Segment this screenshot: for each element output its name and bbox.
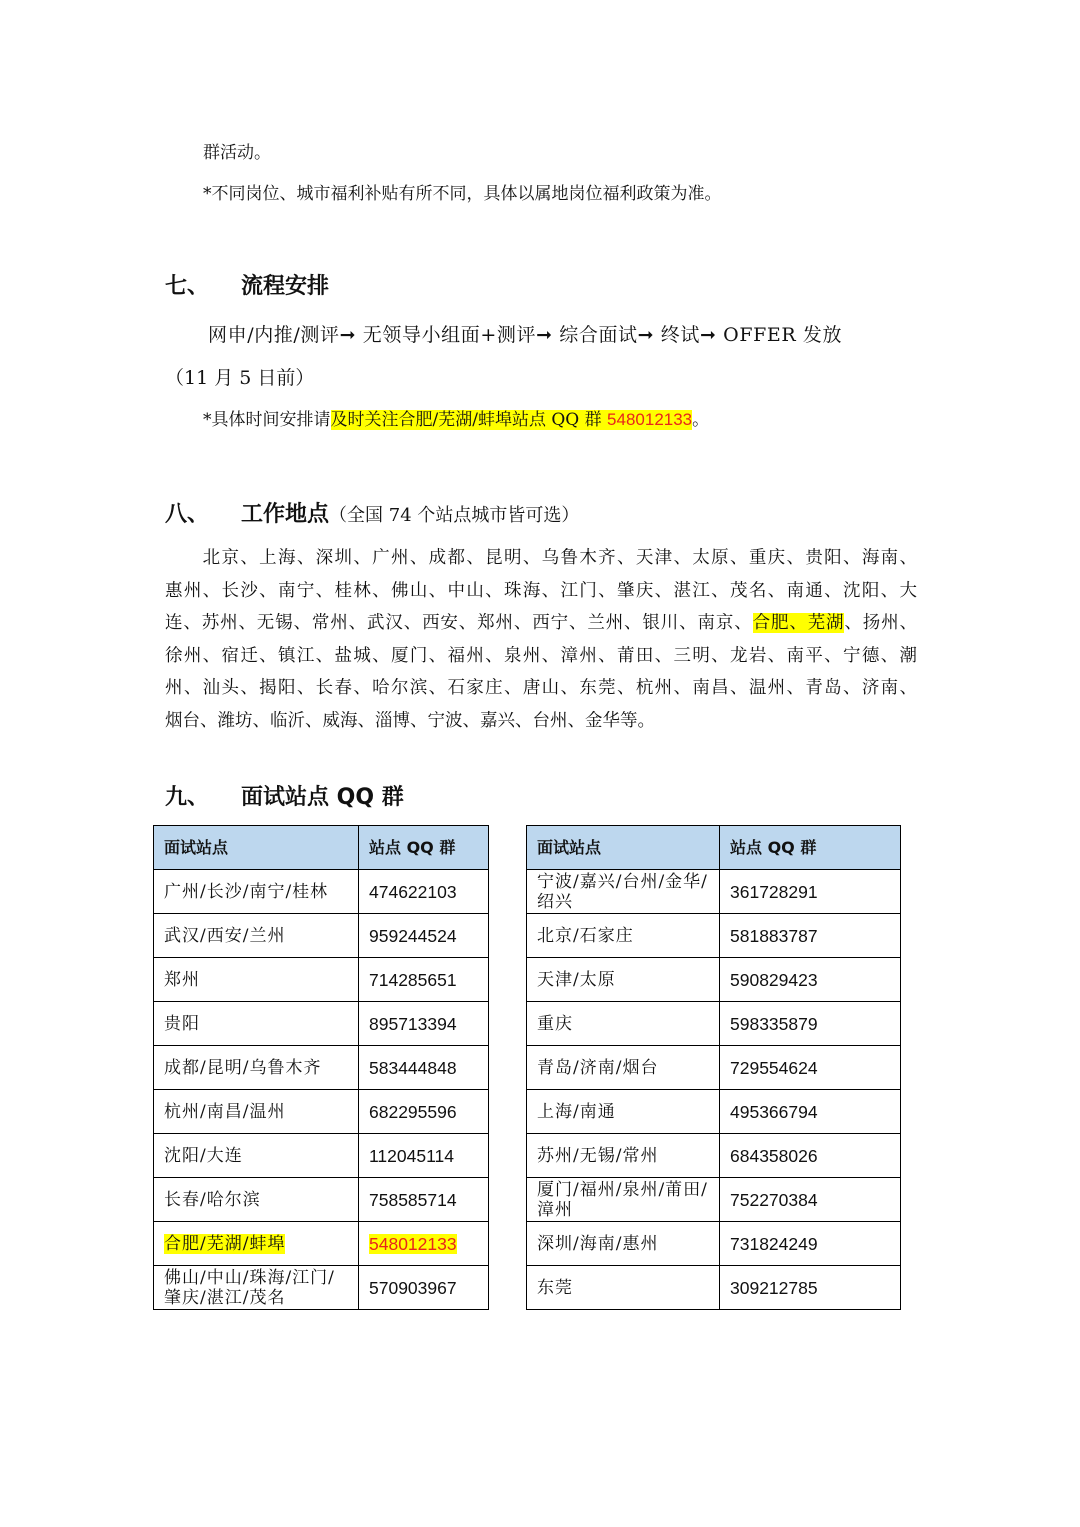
city-line-post: 、扬州、 xyxy=(844,613,917,633)
qq-number: 758585714 xyxy=(369,1190,457,1210)
table-header-row: 面试站点 站点 QQ 群 xyxy=(154,826,489,870)
qq-cell: 682295596 xyxy=(359,1090,489,1134)
qq-number: 581883787 xyxy=(730,926,818,946)
city-line: 州、汕头、揭阳、长春、哈尔滨、石家庄、唐山、东莞、杭州、南昌、温州、青岛、济南、 xyxy=(165,672,917,705)
qq-number: 590829423 xyxy=(730,970,818,990)
process-note: *具体时间安排请及时关注合肥/芜湖/蚌埠站点 QQ 群 548012133。 xyxy=(203,408,709,432)
site-cell: 佛山/中山/珠海/江门/肇庆/湛江/茂名 xyxy=(154,1266,359,1310)
table-row: 广州/长沙/南宁/桂林474622103 xyxy=(154,870,489,914)
section-heading-qq-groups: 九、面试站点 QQ 群 xyxy=(165,783,404,813)
site-cell: 苏州/无锡/常州 xyxy=(527,1134,720,1178)
site-name: 厦门/福州/泉州/莆田/漳州 xyxy=(537,1180,708,1220)
qq-number: 495366794 xyxy=(730,1102,818,1122)
site-name: 郑州 xyxy=(164,970,200,990)
site-name: 长春/哈尔滨 xyxy=(164,1190,261,1210)
section-title: 流程安排 xyxy=(241,274,329,299)
site-cell: 武汉/西安/兰州 xyxy=(154,914,359,958)
qq-number: 731824249 xyxy=(730,1234,818,1254)
site-name: 广州/长沙/南宁/桂林 xyxy=(164,882,328,902)
qq-cell: 309212785 xyxy=(720,1266,901,1310)
city-line: 徐州、宿迁、镇江、盐城、厦门、福州、泉州、漳州、莆田、三明、龙岩、南平、宁德、潮 xyxy=(165,640,917,673)
qq-cell: 495366794 xyxy=(720,1090,901,1134)
site-name: 东莞 xyxy=(537,1278,573,1298)
note-highlight-text: 及时关注合肥/芜湖/蚌埠站点 QQ 群 xyxy=(331,410,608,430)
section-subtitle: （全国 74 个站点城市皆可选） xyxy=(329,505,579,526)
header-site: 面试站点 xyxy=(527,826,720,870)
site-name: 青岛/济南/烟台 xyxy=(537,1058,658,1078)
site-name: 北京/石家庄 xyxy=(537,926,634,946)
site-cell: 天津/太原 xyxy=(527,958,720,1002)
qq-number: 684358026 xyxy=(730,1146,818,1166)
site-cell: 郑州 xyxy=(154,958,359,1002)
site-name: 深圳/海南/惠州 xyxy=(537,1234,658,1254)
table-row: 深圳/海南/惠州731824249 xyxy=(527,1222,901,1266)
table-row: 武汉/西安/兰州959244524 xyxy=(154,914,489,958)
site-cell: 沈阳/大连 xyxy=(154,1134,359,1178)
site-cell: 青岛/济南/烟台 xyxy=(527,1046,720,1090)
table-row: 天津/太原590829423 xyxy=(527,958,901,1002)
table-row: 北京/石家庄581883787 xyxy=(527,914,901,958)
qq-number: 752270384 xyxy=(730,1190,818,1210)
qq-number: 583444848 xyxy=(369,1058,457,1078)
qq-cell: 590829423 xyxy=(720,958,901,1002)
section-heading-locations: 八、工作地点（全国 74 个站点城市皆可选） xyxy=(165,500,579,531)
city-line: 北京、上海、深圳、广州、成都、昆明、乌鲁木齐、天津、太原、重庆、贵阳、海南、 xyxy=(165,542,917,575)
qq-number-highlight: 548012133 xyxy=(607,410,692,429)
qq-cell: 112045114 xyxy=(359,1134,489,1178)
qq-number: 714285651 xyxy=(369,970,457,990)
site-cell: 杭州/南昌/温州 xyxy=(154,1090,359,1134)
benefits-note: *不同岗位、城市福利补贴有所不同，具体以属地岗位福利政策为准。 xyxy=(203,182,722,206)
qq-number: 112045114 xyxy=(369,1146,454,1166)
site-cell: 上海/南通 xyxy=(527,1090,720,1134)
site-name: 武汉/西安/兰州 xyxy=(164,926,285,946)
table-row: 宁波/嘉兴/台州/金华/绍兴361728291 xyxy=(527,870,901,914)
section-number: 八、 xyxy=(165,500,241,530)
qq-cell: 570903967 xyxy=(359,1266,489,1310)
table-row: 东莞309212785 xyxy=(527,1266,901,1310)
section-title: 面试站点 QQ 群 xyxy=(241,785,404,810)
qq-cell: 959244524 xyxy=(359,914,489,958)
qq-cell: 731824249 xyxy=(720,1222,901,1266)
header-qq: 站点 QQ 群 xyxy=(720,826,901,870)
qq-cell: 714285651 xyxy=(359,958,489,1002)
qq-number: 895713394 xyxy=(369,1014,457,1034)
qq-number: 598335879 xyxy=(730,1014,818,1034)
table-row: 苏州/无锡/常州684358026 xyxy=(527,1134,901,1178)
site-name: 杭州/南昌/温州 xyxy=(164,1102,285,1122)
table-row: 厦门/福州/泉州/莆田/漳州752270384 xyxy=(527,1178,901,1222)
qq-number: 548012133 xyxy=(369,1234,457,1254)
note-highlight: 及时关注合肥/芜湖/蚌埠站点 QQ 群 548012133 xyxy=(331,410,693,430)
city-line: 连、苏州、无锡、常州、武汉、西安、郑州、西宁、兰州、银川、南京、合肥、芜湖、扬州… xyxy=(165,607,917,640)
site-cell: 东莞 xyxy=(527,1266,720,1310)
city-line: 惠州、长沙、南宁、桂林、佛山、中山、珠海、江门、肇庆、湛江、茂名、南通、沈阳、大 xyxy=(165,575,917,608)
site-name: 贵阳 xyxy=(164,1014,200,1034)
section-heading-process: 七、流程安排 xyxy=(165,272,329,302)
site-name: 沈阳/大连 xyxy=(164,1146,243,1166)
site-cell: 成都/昆明/乌鲁木齐 xyxy=(154,1046,359,1090)
section-title: 工作地点 xyxy=(241,502,329,527)
site-name: 合肥/芜湖/蚌埠 xyxy=(164,1234,285,1254)
qq-cell: 758585714 xyxy=(359,1178,489,1222)
qq-cell: 583444848 xyxy=(359,1046,489,1090)
paragraph-activity-tail: 群活动。 xyxy=(203,141,271,165)
table-row: 贵阳895713394 xyxy=(154,1002,489,1046)
table-row: 合肥/芜湖/蚌埠548012133 xyxy=(154,1222,489,1266)
table-row: 郑州714285651 xyxy=(154,958,489,1002)
note-prefix: *具体时间安排请 xyxy=(203,410,331,430)
qq-cell: 581883787 xyxy=(720,914,901,958)
site-cell: 宁波/嘉兴/台州/金华/绍兴 xyxy=(527,870,720,914)
site-cell: 厦门/福州/泉州/莆田/漳州 xyxy=(527,1178,720,1222)
site-name: 上海/南通 xyxy=(537,1102,616,1122)
table-row: 重庆598335879 xyxy=(527,1002,901,1046)
city-line: 烟台、潍坊、临沂、威海、淄博、宁波、嘉兴、台州、金华等。 xyxy=(165,705,917,738)
qq-cell: 729554624 xyxy=(720,1046,901,1090)
site-cell: 合肥/芜湖/蚌埠 xyxy=(154,1222,359,1266)
site-cell: 广州/长沙/南宁/桂林 xyxy=(154,870,359,914)
site-cell: 北京/石家庄 xyxy=(527,914,720,958)
header-qq: 站点 QQ 群 xyxy=(359,826,489,870)
site-name: 天津/太原 xyxy=(537,970,616,990)
site-cell: 重庆 xyxy=(527,1002,720,1046)
table-row: 佛山/中山/珠海/江门/肇庆/湛江/茂名570903967 xyxy=(154,1266,489,1310)
qq-cell: 474622103 xyxy=(359,870,489,914)
qq-cell: 548012133 xyxy=(359,1222,489,1266)
qq-cell: 361728291 xyxy=(720,870,901,914)
site-cell: 长春/哈尔滨 xyxy=(154,1178,359,1222)
site-name: 佛山/中山/珠海/江门/肇庆/湛江/茂名 xyxy=(164,1268,335,1308)
site-cell: 贵阳 xyxy=(154,1002,359,1046)
table-row: 青岛/济南/烟台729554624 xyxy=(527,1046,901,1090)
table-header-row: 面试站点 站点 QQ 群 xyxy=(527,826,901,870)
site-cell: 深圳/海南/惠州 xyxy=(527,1222,720,1266)
qq-number: 729554624 xyxy=(730,1058,818,1078)
qq-number: 361728291 xyxy=(730,882,818,902)
table-row: 沈阳/大连112045114 xyxy=(154,1134,489,1178)
qq-table-right: 面试站点 站点 QQ 群 宁波/嘉兴/台州/金华/绍兴361728291北京/石… xyxy=(526,825,901,1310)
city-highlight: 合肥、芜湖 xyxy=(753,613,845,633)
table-row: 上海/南通495366794 xyxy=(527,1090,901,1134)
qq-cell: 598335879 xyxy=(720,1002,901,1046)
table-row: 长春/哈尔滨758585714 xyxy=(154,1178,489,1222)
qq-number: 474622103 xyxy=(369,882,457,902)
section-number: 七、 xyxy=(165,272,241,302)
qq-number: 959244524 xyxy=(369,926,457,946)
qq-cell: 684358026 xyxy=(720,1134,901,1178)
qq-cell: 895713394 xyxy=(359,1002,489,1046)
site-name: 苏州/无锡/常州 xyxy=(537,1146,658,1166)
table-row: 成都/昆明/乌鲁木齐583444848 xyxy=(154,1046,489,1090)
qq-table-left: 面试站点 站点 QQ 群 广州/长沙/南宁/桂林474622103武汉/西安/兰… xyxy=(153,825,489,1310)
site-name: 重庆 xyxy=(537,1014,573,1034)
site-name: 成都/昆明/乌鲁木齐 xyxy=(164,1058,321,1078)
note-suffix: 。 xyxy=(692,410,709,430)
section-number: 九、 xyxy=(165,783,241,813)
city-list: 北京、上海、深圳、广州、成都、昆明、乌鲁木齐、天津、太原、重庆、贵阳、海南、 惠… xyxy=(165,542,917,738)
process-flow: 网申/内推/测评➞ 无领导小组面+测评➞ 综合面试➞ 终试➞ OFFER 发放 xyxy=(208,322,842,348)
site-name: 宁波/嘉兴/台州/金华/绍兴 xyxy=(537,872,708,912)
qq-cell: 752270384 xyxy=(720,1178,901,1222)
table-row: 杭州/南昌/温州682295596 xyxy=(154,1090,489,1134)
city-line-pre: 连、苏州、无锡、常州、武汉、西安、郑州、西宁、兰州、银川、南京、 xyxy=(165,613,753,633)
header-site: 面试站点 xyxy=(154,826,359,870)
process-deadline: （11 月 5 日前） xyxy=(165,365,314,391)
qq-number: 570903967 xyxy=(369,1278,457,1298)
qq-number: 309212785 xyxy=(730,1278,818,1298)
qq-number: 682295596 xyxy=(369,1102,457,1122)
